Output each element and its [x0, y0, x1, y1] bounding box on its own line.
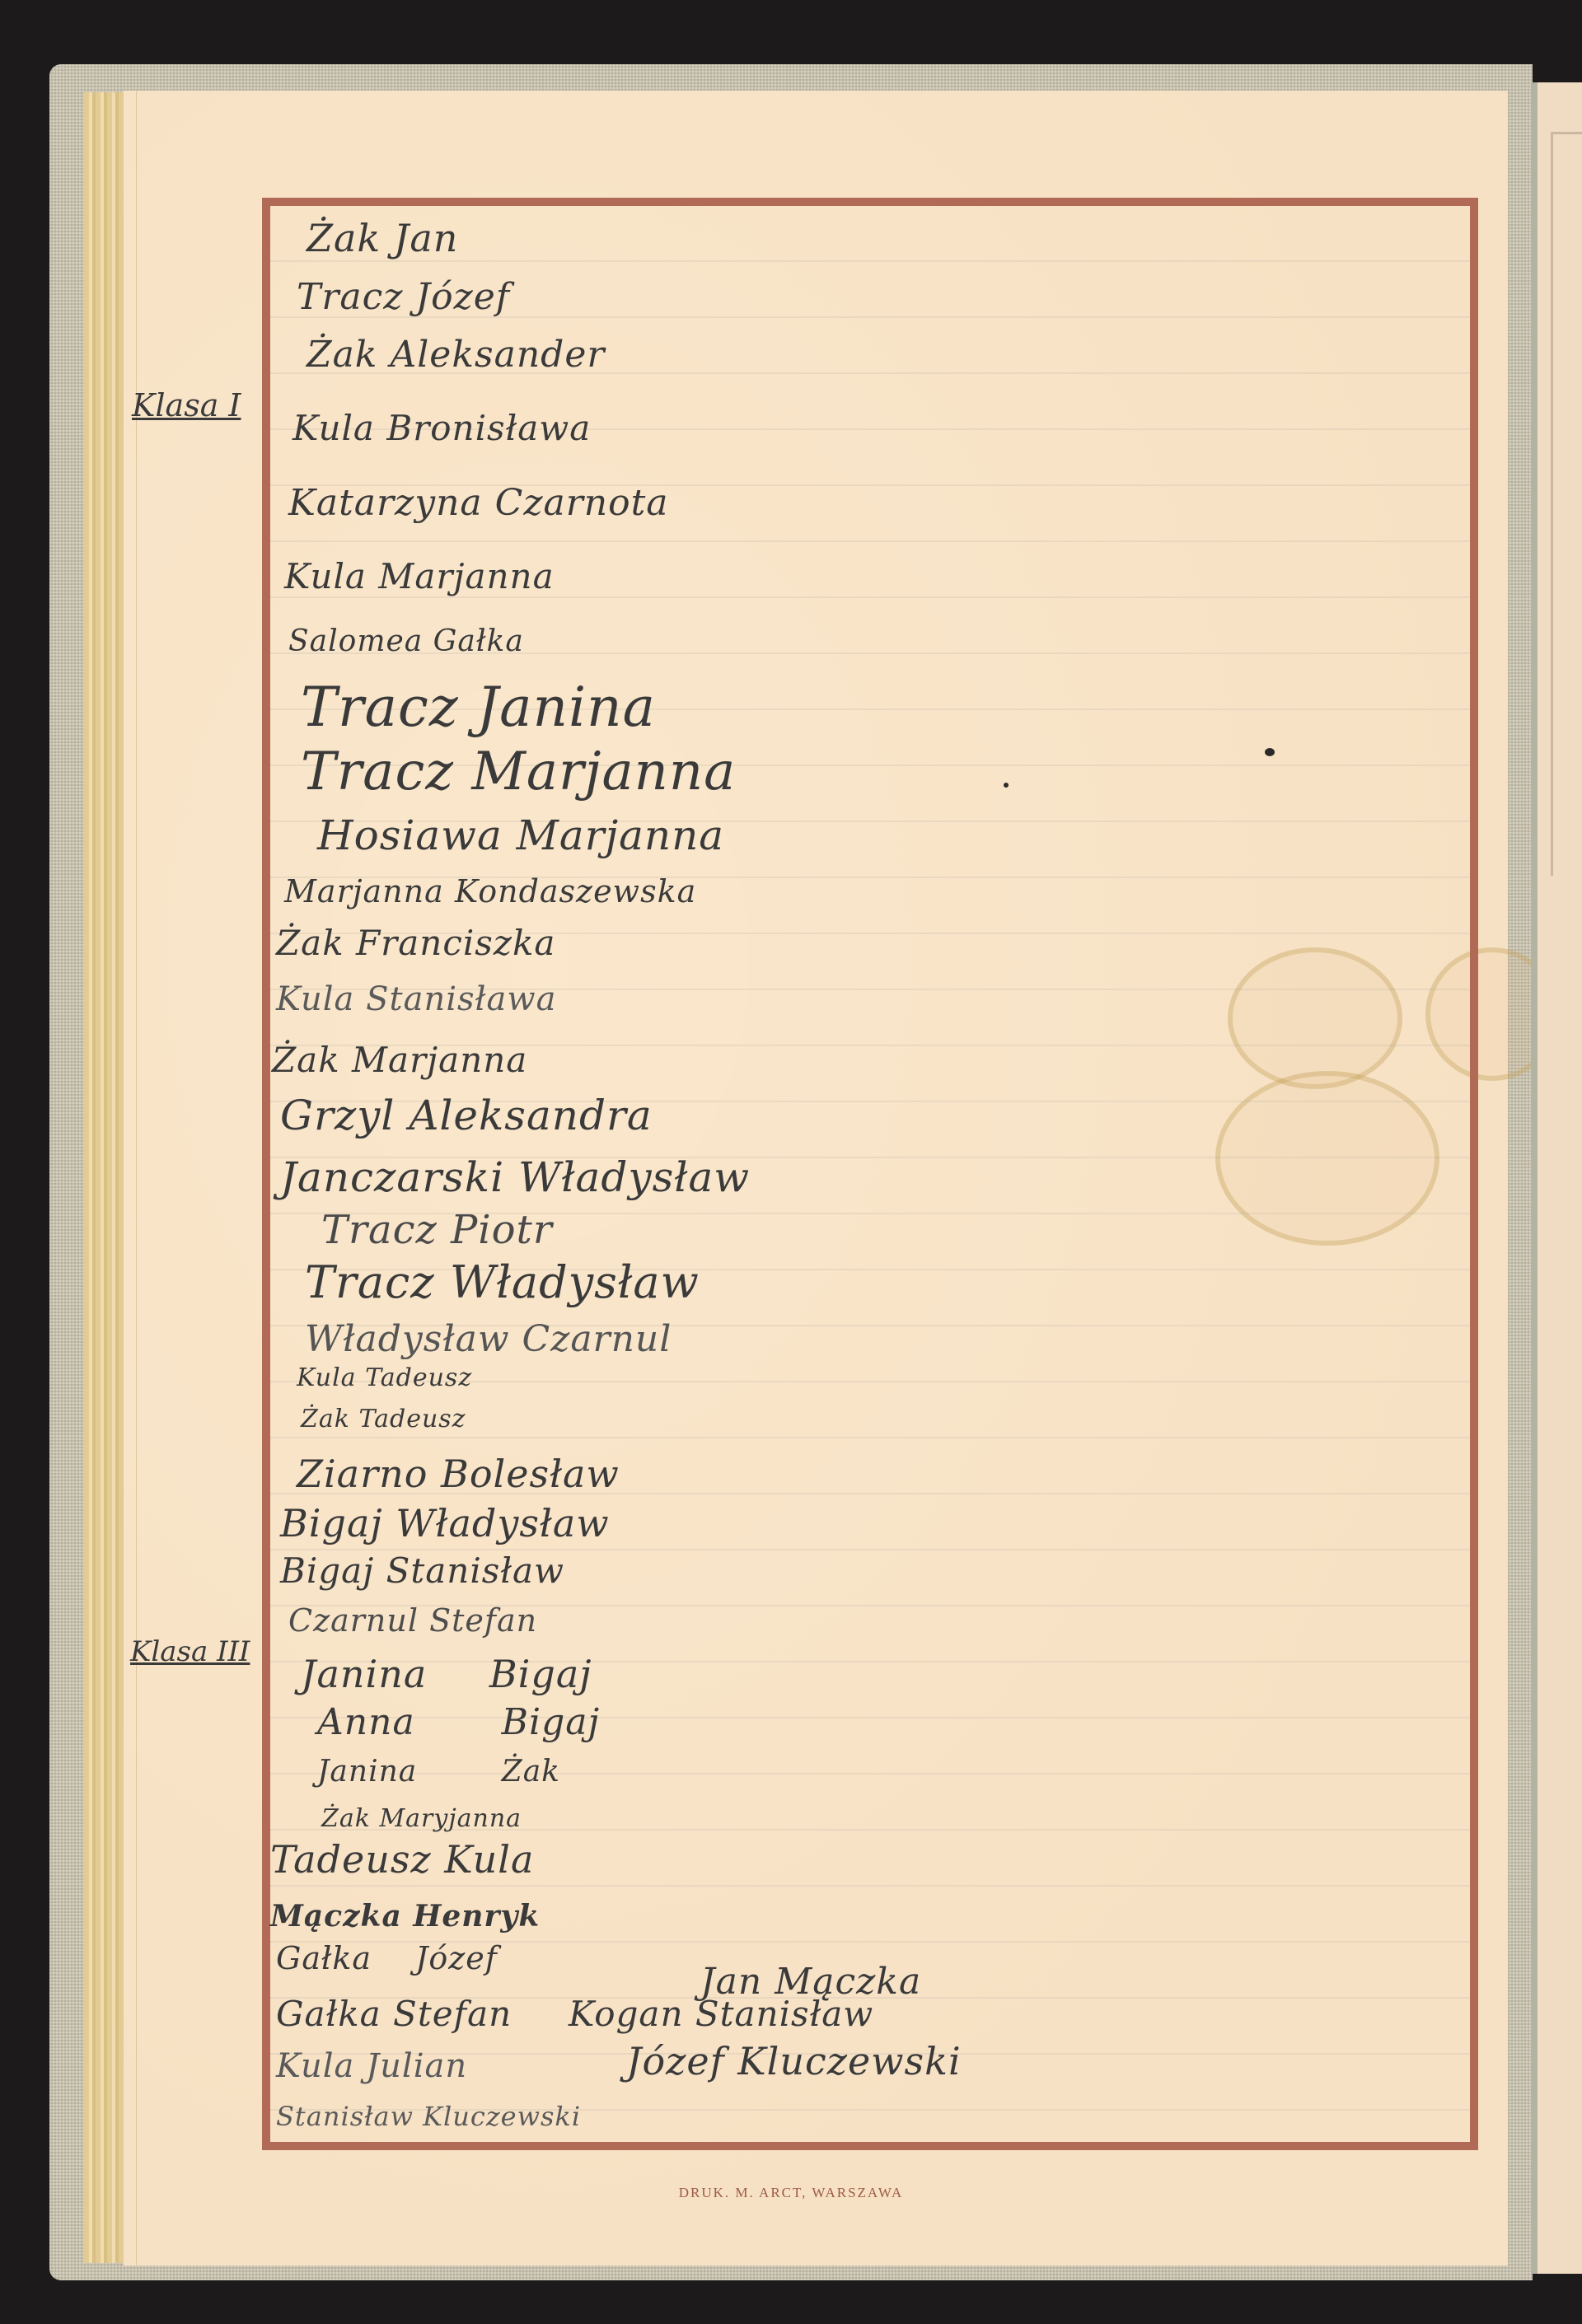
- list-item: Żak Maryjanna: [321, 1804, 522, 1833]
- list-item: Bigaj Władysław: [280, 1501, 610, 1545]
- list-item: Tracz Marjanna: [301, 741, 736, 802]
- list-item: Stanisław Kluczewski: [276, 2101, 581, 2132]
- list-item: Władysław Czarnul: [305, 1318, 672, 1360]
- list-item: Janczarski Władysław: [280, 1153, 750, 1201]
- list-item: Żak Marjanna: [272, 1040, 527, 1080]
- list-item: Hosiawa Marjanna: [317, 811, 724, 859]
- list-item: Tracz Józef: [297, 276, 510, 318]
- list-item: Żak Jan: [307, 216, 458, 260]
- list-item: Janina Bigaj: [301, 1652, 592, 1696]
- list-item: Tracz Władysław: [305, 1256, 700, 1308]
- list-item: Kogan Stanisław: [569, 1994, 873, 2034]
- list-item: Kula Julian: [276, 2047, 467, 2085]
- list-item: Czarnul Stefan: [288, 1602, 537, 1639]
- list-item: Tracz Janina: [301, 676, 656, 739]
- list-item: Ziarno Bolesław: [297, 1452, 620, 1496]
- signature-list: Klasa I Klasa III Żak Jan Tracz Józef Ża…: [0, 0, 1582, 2324]
- list-item: Grzyl Aleksandra: [280, 1092, 653, 1139]
- list-item: Józef Kluczewski: [626, 2039, 962, 2083]
- list-item: Anna Bigaj: [317, 1701, 600, 1743]
- list-item: Żak Franciszka: [276, 923, 555, 963]
- list-item: Janina Żak: [317, 1755, 560, 1789]
- list-item: Tracz Piotr: [321, 1207, 553, 1253]
- list-item: Kula Bronisława: [293, 408, 591, 448]
- list-item: Katarzyna Czarnota: [288, 482, 669, 524]
- list-item: Kula Stanisława: [276, 980, 556, 1018]
- list-item: Mączka Henryk: [270, 1899, 540, 1934]
- list-item: Żak Tadeusz: [301, 1405, 466, 1433]
- class-label-klasa-3: Klasa III: [130, 1635, 250, 1668]
- printer-imprint: DRUK. M. ARCT, WARSZAWA: [0, 2185, 1582, 2201]
- class-label-klasa-1: Klasa I: [132, 387, 241, 423]
- list-item: Kula Marjanna: [284, 556, 555, 596]
- list-item: Gałka Stefan: [276, 1994, 512, 2034]
- list-item: Tadeusz Kula: [270, 1837, 534, 1882]
- list-item: Żak Aleksander: [307, 334, 605, 376]
- list-item: Marjanna Kondaszewska: [284, 873, 696, 909]
- list-item: Kula Tadeusz: [297, 1363, 472, 1392]
- list-item: Gałka Józef: [276, 1940, 498, 1976]
- list-item: Salomea Gałka: [288, 624, 524, 658]
- list-item: Bigaj Stanisław: [280, 1550, 564, 1591]
